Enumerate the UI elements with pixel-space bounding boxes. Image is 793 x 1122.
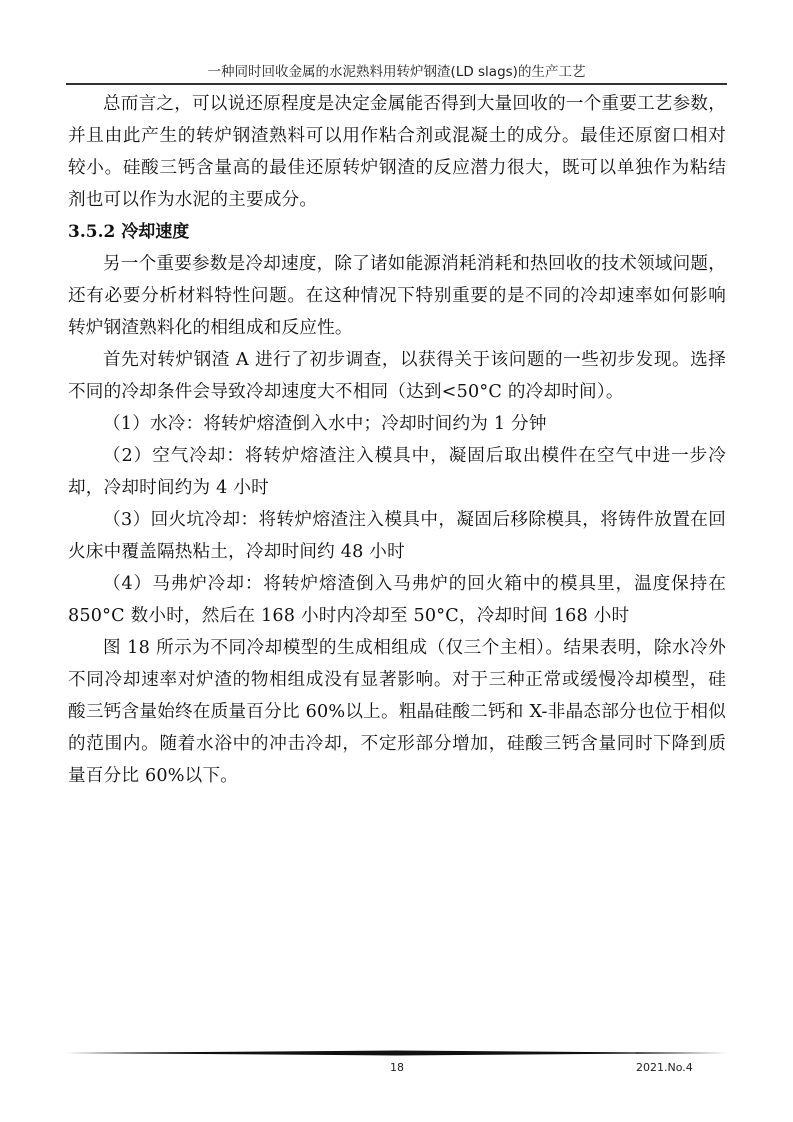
header-rule [66,83,727,85]
running-header-title: 一种同时回收金属的水泥熟料用转炉钢渣(LD slags)的生产工艺 [66,63,727,81]
paragraph-cooling-speed: 另一个重要参数是冷却速度，除了诸如能源消耗消耗和热回收的技术领域问题，还有必要分… [68,248,726,344]
cooling-method-water: （1）水冷：将转炉熔渣倒入水中；冷却时间约为 1 分钟 [68,408,726,440]
page-number: 18 [390,1061,404,1074]
cooling-method-muffle: （4）马弗炉冷却：将转炉熔渣倒入马弗炉的回火箱中的模具里，温度保持在 850°C… [68,568,726,632]
section-heading: 3.5.2 冷却速度 [68,216,726,248]
issue-label: 2021.No.4 [636,1061,693,1074]
paragraph-investigation: 首先对转炉钢渣 A 进行了初步调查，以获得关于该问题的一些初步发现。选择不同的冷… [68,344,726,408]
footer-rule [66,1050,727,1056]
paragraph-results: 图 18 所示为不同冷却模型的生成相组成（仅三个主相）。结果表明，除水冷外不同冷… [68,632,726,792]
document-body: 总而言之，可以说还原程度是决定金属能否得到大量回收的一个重要工艺参数，并且由此产… [68,88,726,792]
cooling-method-air: （2）空气冷却：将转炉熔渣注入模具中，凝固后取出模件在空气中进一步冷却，冷却时间… [68,440,726,504]
cooling-method-pit: （3）回火坑冷却：将转炉熔渣注入模具中，凝固后移除模具，将铸件放置在回火床中覆盖… [68,504,726,568]
paragraph-intro: 总而言之，可以说还原程度是决定金属能否得到大量回收的一个重要工艺参数，并且由此产… [68,88,726,216]
